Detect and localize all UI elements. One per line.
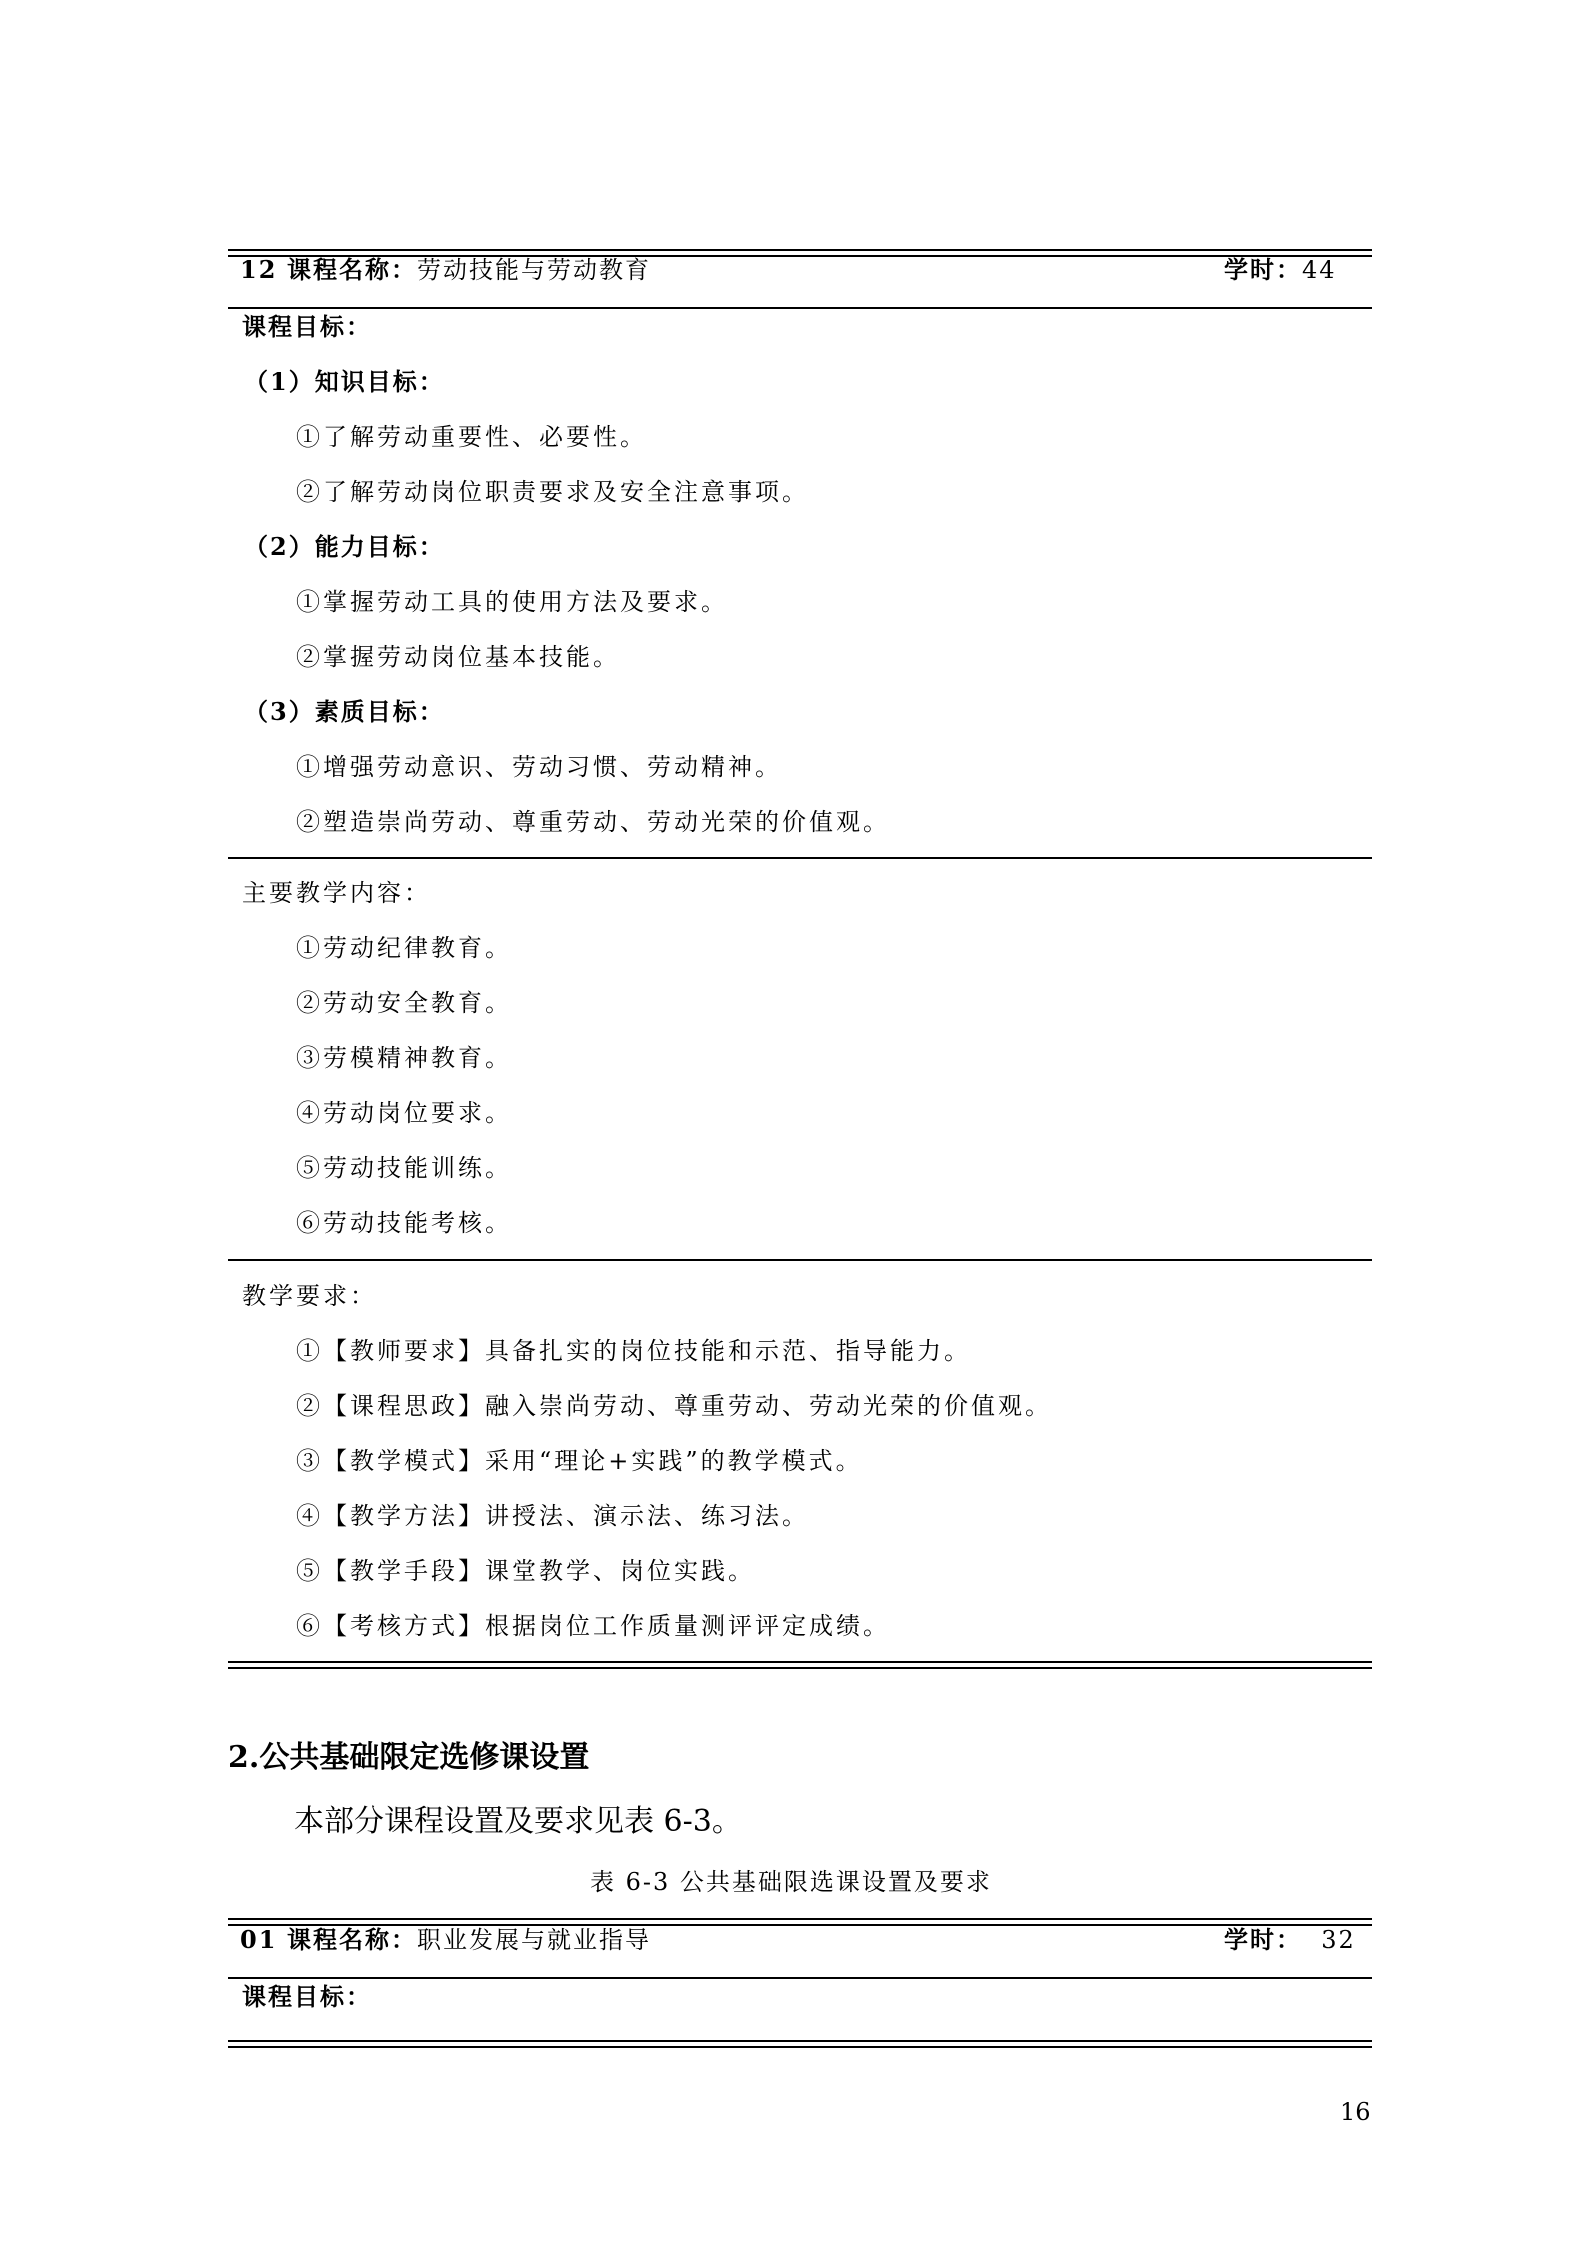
requirement-text: 采用“理论+实践”的教学模式。 xyxy=(485,1447,863,1475)
table1-row-divider xyxy=(228,1259,1372,1261)
goal-item: ①增强劳动意识、劳动习惯、劳动精神。 xyxy=(296,752,782,782)
requirement-num: ⑥ xyxy=(296,1612,323,1640)
section-paragraph: 本部分课程设置及要求见表 6-3。 xyxy=(294,1804,742,1840)
requirement-text: 讲授法、演示法、练习法。 xyxy=(485,1502,809,1530)
course-number: 01 xyxy=(240,1925,277,1954)
content-item: ②劳动安全教育。 xyxy=(296,988,512,1018)
table2-row-divider xyxy=(228,1977,1372,1979)
goal-item: ①掌握劳动工具的使用方法及要求。 xyxy=(296,587,728,617)
hours-value: 32 xyxy=(1321,1926,1356,1954)
table1-bottom-rule xyxy=(228,1661,1372,1669)
content-item: ④劳动岗位要求。 xyxy=(296,1098,512,1128)
course-number: 12 xyxy=(240,255,277,284)
requirement-text: 根据岗位工作质量测评评定成绩。 xyxy=(485,1612,890,1640)
goal-item: ②塑造崇尚劳动、尊重劳动、劳动光荣的价值观。 xyxy=(296,807,890,837)
table1-course-title: 12 课程名称：劳动技能与劳动教育 xyxy=(240,255,651,285)
requirement-item: ②【课程思政】融入崇尚劳动、尊重劳动、劳动光荣的价值观。 xyxy=(296,1391,1052,1421)
requirement-num: ② xyxy=(296,1392,323,1420)
content-heading: 主要教学内容： xyxy=(242,878,431,908)
requirement-text: 融入崇尚劳动、尊重劳动、劳动光荣的价值观。 xyxy=(485,1392,1052,1420)
requirement-num: ③ xyxy=(296,1447,323,1475)
requirement-item: ④【教学方法】讲授法、演示法、练习法。 xyxy=(296,1501,809,1531)
requirement-item: ⑥【考核方式】根据岗位工作质量测评评定成绩。 xyxy=(296,1611,890,1641)
course-name: 劳动技能与劳动教育 xyxy=(417,256,651,284)
course-name-label: 课程名称： xyxy=(287,255,417,284)
requirement-tag: 【教学模式】 xyxy=(323,1447,485,1475)
requirement-tag: 【课程思政】 xyxy=(323,1392,485,1420)
requirement-item: ⑤【教学手段】课堂教学、岗位实践。 xyxy=(296,1556,755,1586)
table2-course-title: 01 课程名称：职业发展与就业指导 xyxy=(240,1925,651,1955)
content-item: ③劳模精神教育。 xyxy=(296,1043,512,1073)
table1-row-divider xyxy=(228,307,1372,309)
goal-heading-knowledge: （1）知识目标： xyxy=(244,367,445,397)
requirement-num: ① xyxy=(296,1337,323,1365)
section-heading: 2.公共基础限定选修课设置 xyxy=(228,1740,589,1776)
requirement-tag: 【考核方式】 xyxy=(323,1612,485,1640)
page-number: 16 xyxy=(1340,2098,1371,2126)
requirement-item: ①【教师要求】具备扎实的岗位技能和示范、指导能力。 xyxy=(296,1336,971,1366)
requirement-tag: 【教学方法】 xyxy=(323,1502,485,1530)
course-name: 职业发展与就业指导 xyxy=(417,1926,651,1954)
goals-heading: 课程目标： xyxy=(242,1982,372,2012)
requirement-text: 具备扎实的岗位技能和示范、指导能力。 xyxy=(485,1337,971,1365)
content-item: ⑥劳动技能考核。 xyxy=(296,1208,512,1238)
table-caption: 表 6-3 公共基础限选课设置及要求 xyxy=(590,1867,992,1897)
goal-heading-quality: （3）素质目标： xyxy=(244,697,445,727)
goal-heading-ability: （2）能力目标： xyxy=(244,532,445,562)
course-name-label: 课程名称： xyxy=(287,1925,417,1954)
content-item: ⑤劳动技能训练。 xyxy=(296,1153,512,1183)
table2-hours: 学时： 32 xyxy=(1224,1925,1356,1955)
content-item: ①劳动纪律教育。 xyxy=(296,933,512,963)
goals-heading: 课程目标： xyxy=(242,312,372,342)
requirement-item: ③【教学模式】采用“理论+实践”的教学模式。 xyxy=(296,1446,863,1476)
goal-item: ②掌握劳动岗位基本技能。 xyxy=(296,642,620,672)
table2-bottom-rule xyxy=(228,2040,1372,2048)
requirement-num: ④ xyxy=(296,1502,323,1530)
requirement-text: 课堂教学、岗位实践。 xyxy=(485,1557,755,1585)
requirement-tag: 【教学手段】 xyxy=(323,1557,485,1585)
goal-item: ②了解劳动岗位职责要求及安全注意事项。 xyxy=(296,477,809,507)
hours-label: 学时： xyxy=(1224,1925,1302,1954)
requirements-heading: 教学要求： xyxy=(242,1281,377,1311)
requirement-num: ⑤ xyxy=(296,1557,323,1585)
table1-hours: 学时：44 xyxy=(1224,255,1337,285)
table1-row-divider xyxy=(228,857,1372,859)
hours-label: 学时： xyxy=(1224,255,1302,284)
goal-item: ①了解劳动重要性、必要性。 xyxy=(296,422,647,452)
requirement-tag: 【教师要求】 xyxy=(323,1337,485,1365)
hours-value: 44 xyxy=(1302,256,1337,284)
